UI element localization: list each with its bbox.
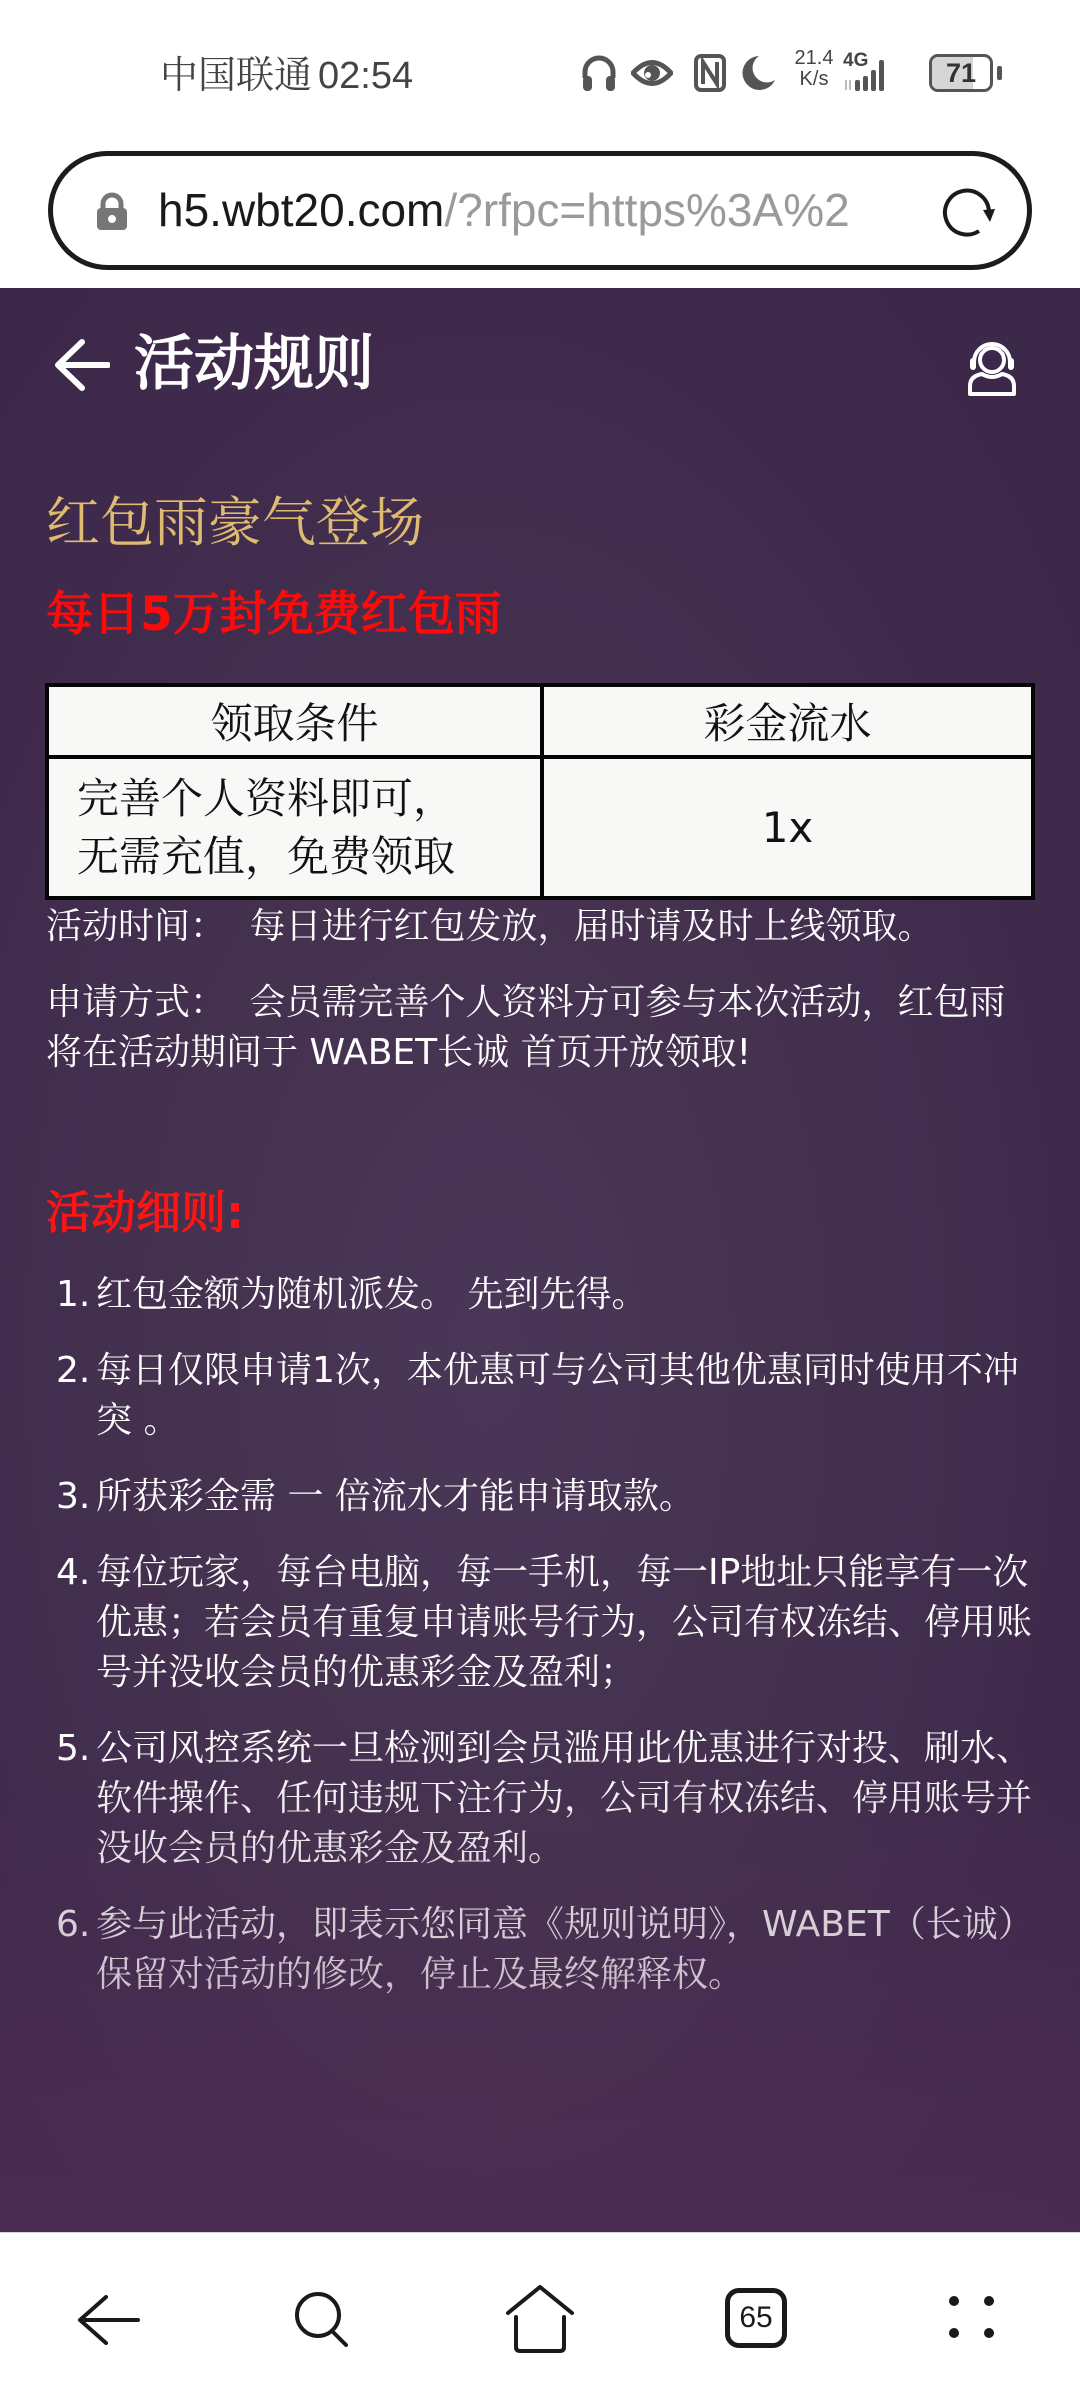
application-method-label: 申请方式： [46, 982, 226, 1023]
url-path: /?rfpc=https%3A%2 [444, 184, 849, 236]
moon-icon [741, 54, 777, 92]
rules-list: 1. 红包金额为随机派发。 先到先得。 2. 每日仅限申请1次，本优惠可与公司其… [56, 1270, 1036, 2026]
page-title: 活动规则 [134, 326, 374, 402]
search-icon[interactable] [284, 2283, 356, 2355]
carrier-and-time: 中国联通02:54 [160, 44, 413, 99]
rule-item: 2. 每日仅限申请1次，本优惠可与公司其他优惠同时使用不冲突 。 [56, 1346, 1036, 1446]
activity-time-text: 每日进行红包发放，届时请及时上线领取。 [249, 906, 933, 947]
activity-time-label: 活动时间： [46, 906, 226, 947]
url-host: h5.wbt20.com [158, 184, 444, 236]
table-row: 完善个人资料即可， 无需充值，免费领取 1x [47, 757, 1033, 898]
table-header-condition: 领取条件 [47, 685, 542, 757]
nfc-icon [694, 54, 726, 92]
eye-comfort-icon [631, 54, 673, 92]
status-bar: 中国联通02:54 21.4 K/s 4G 71 [0, 0, 1080, 140]
activity-rules-page: 活动规则 红包雨豪气登场 每日5万封免费红包雨 领取条件 彩金流水 完善个人资料… [0, 288, 1080, 2232]
signal-icon [843, 58, 891, 92]
table-header-turnover: 彩金流水 [542, 685, 1033, 757]
back-icon[interactable] [72, 2283, 144, 2355]
activity-time: 活动时间： 每日进行红包发放，届时请及时上线领取。 [46, 902, 1036, 952]
promo-title: 红包雨豪气登场 [46, 488, 424, 558]
battery-cap [997, 66, 1002, 80]
url-text[interactable]: h5.wbt20.com/?rfpc=https%3A%2 [158, 182, 850, 238]
battery-icon: 71 [929, 54, 993, 92]
rule-item: 5. 公司风控系统一旦检测到会员滥用此优惠进行对投、刷水、软件操作、任何违规下注… [56, 1724, 1036, 1874]
rule-item: 4. 每位玩家，每台电脑，每一手机，每一IP地址只能享有一次优惠；若会员有重复申… [56, 1548, 1036, 1698]
headphones-icon [580, 54, 618, 92]
page-header: 活动规则 [0, 288, 1080, 438]
rule-item: 1. 红包金额为随机派发。 先到先得。 [56, 1270, 1036, 1320]
rule-item: 6. 参与此活动，即表示您同意《规则说明》，WABET（长诚） 保留对活动的修改… [56, 1900, 1036, 2000]
table-cell-turnover: 1x [542, 757, 1033, 898]
table-header-row: 领取条件 彩金流水 [47, 685, 1033, 757]
address-bar[interactable]: h5.wbt20.com/?rfpc=https%3A%2 [48, 151, 1032, 270]
menu-dots-icon[interactable] [936, 2283, 1008, 2355]
promo-subtitle: 每日5万封免费红包雨 [46, 584, 502, 646]
lock-icon [95, 192, 129, 232]
application-method: 申请方式： 会员需完善个人资料方可参与本次活动，红包雨将在活动期间于 WABET… [46, 978, 1036, 1078]
carrier-name: 中国联通 [160, 55, 312, 97]
network-speed: 21.4 K/s [788, 48, 840, 90]
details-heading: 活动细则: [46, 1183, 244, 1243]
back-arrow-icon[interactable] [52, 336, 110, 394]
table-cell-condition: 完善个人资料即可， 无需充值，免费领取 [47, 757, 542, 898]
tabs-button[interactable]: 65 [725, 2288, 787, 2348]
clock: 02:54 [318, 55, 413, 97]
rule-item: 3. 所获彩金需 一 倍流水才能申请取款。 [56, 1472, 1036, 1522]
claim-conditions-table: 领取条件 彩金流水 完善个人资料即可， 无需充值，免费领取 1x [45, 683, 1035, 900]
battery-level: 71 [932, 57, 990, 89]
home-icon[interactable] [504, 2283, 576, 2355]
browser-bottom-bar: 65 [0, 2232, 1080, 2400]
reload-icon[interactable] [939, 182, 997, 240]
customer-service-icon[interactable] [962, 338, 1022, 398]
